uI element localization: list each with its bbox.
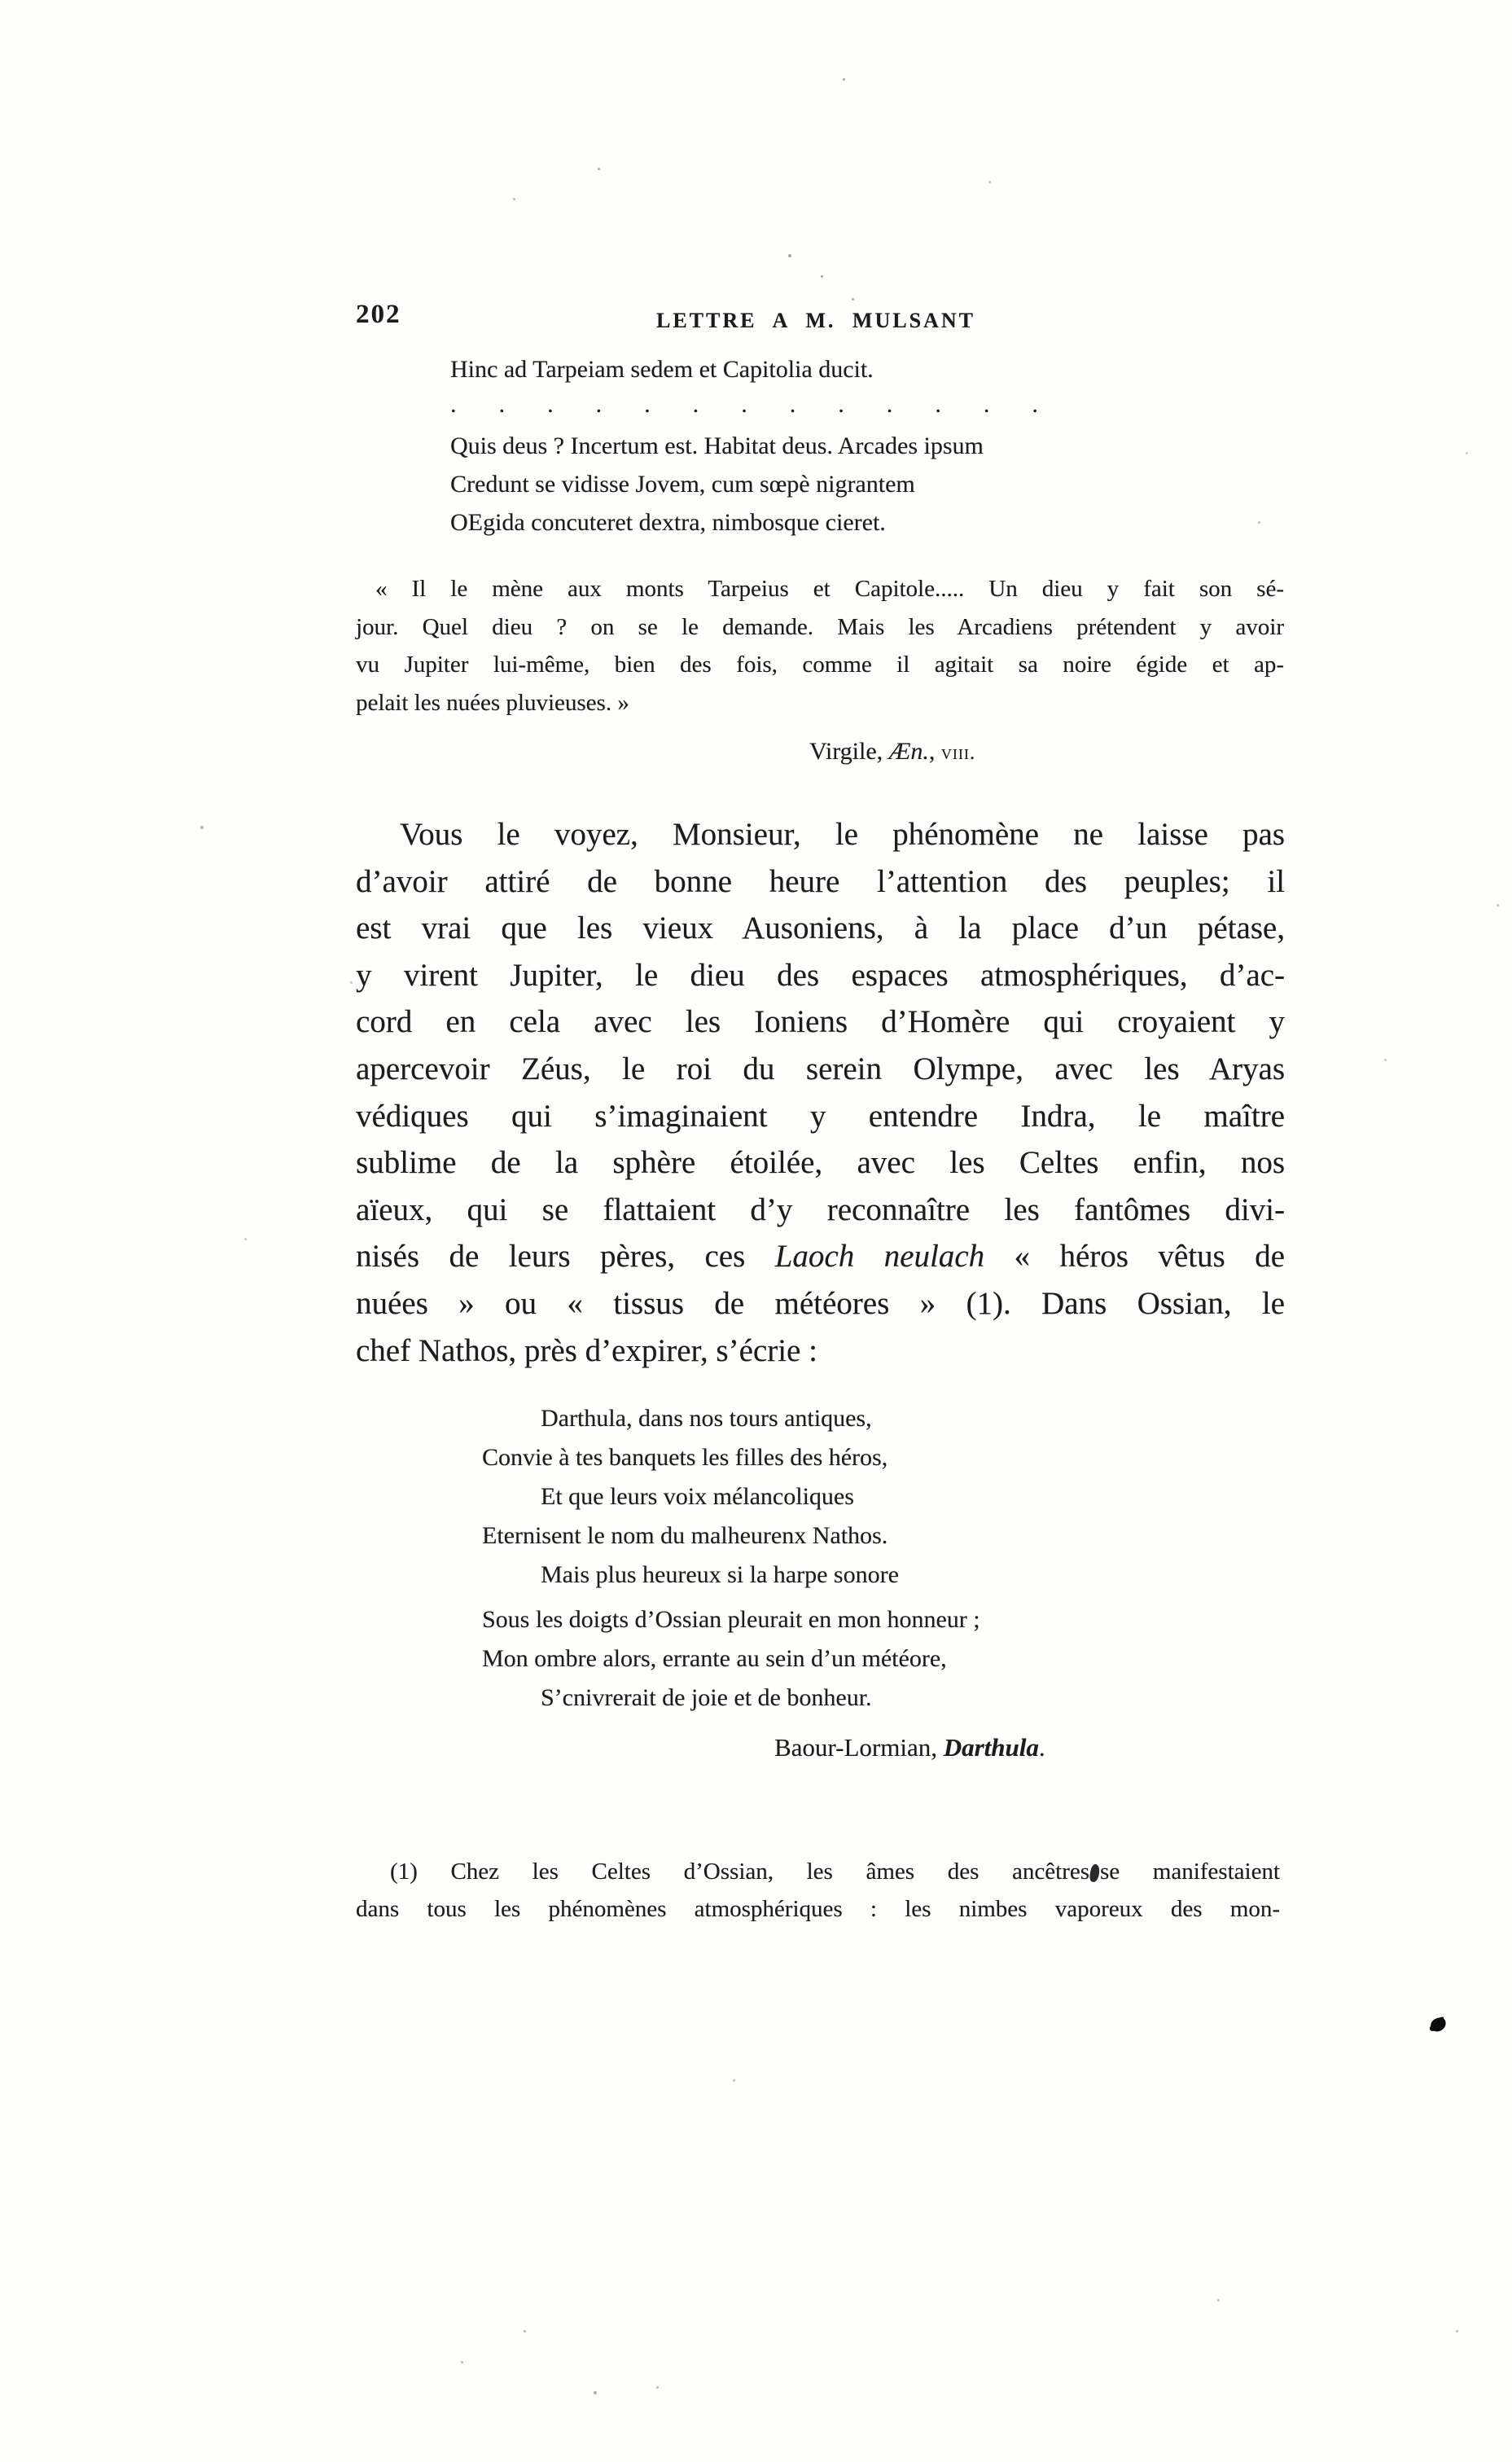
scan-speck-artifact bbox=[843, 78, 845, 81]
ellipsis-dot: . bbox=[741, 385, 747, 423]
text-line: jour. Quel dieu ? on se le demande. Mais… bbox=[356, 608, 1284, 647]
scanned-book-page: 202 LETTRE A M. MULSANT Hinc ad Tarpeiam… bbox=[0, 0, 1512, 2462]
text-segment: se manifestaient bbox=[1100, 1859, 1280, 1885]
attribution-period: . bbox=[1039, 1733, 1045, 1762]
scan-speck-artifact bbox=[1384, 1059, 1387, 1061]
ellipsis-dot: . bbox=[1032, 385, 1038, 423]
ellipsis-dot: . bbox=[838, 385, 844, 423]
scan-speck-artifact bbox=[1497, 904, 1499, 906]
scan-speck-artifact bbox=[1217, 2299, 1220, 2302]
text-line: Hinc ad Tarpeiam sedem et Capitolia duci… bbox=[450, 350, 1038, 388]
text-line: védiques qui s’imaginaient y entendre In… bbox=[356, 1093, 1285, 1140]
text-line: Eternisent le nom du malheurenx Nathos. bbox=[482, 1516, 980, 1556]
text-line: apercevoir Zéus, le roi du serein Olympe… bbox=[356, 1046, 1285, 1093]
scan-speck-artifact bbox=[788, 254, 791, 257]
text-line: cord en cela avec les Ioniens d’Homère q… bbox=[356, 998, 1285, 1046]
ellipsis-dot: . bbox=[790, 385, 796, 423]
text-line: dans tous les phénomènes atmosphériques … bbox=[356, 1891, 1280, 1929]
ellipsis-dot: . bbox=[935, 385, 941, 423]
text-line: chef Nathos, près d’expirer, s’écrie : bbox=[356, 1328, 1285, 1375]
scan-speck-artifact bbox=[513, 198, 515, 200]
text-line: OEgida concuteret dextra, nimbosque cier… bbox=[450, 503, 1038, 542]
scan-speck-artifact bbox=[1456, 2330, 1458, 2333]
text-line: Convie à tes banquets les filles des hér… bbox=[482, 1438, 980, 1477]
text-line: « Il le mène aux monts Tarpeius et Capit… bbox=[356, 570, 1284, 608]
ellipsis-dot: . bbox=[596, 385, 603, 423]
scan-speck-artifact bbox=[594, 2391, 597, 2394]
text-segment: « héros vêtus de bbox=[984, 1239, 1285, 1274]
footnote: (1) Chez les Celtes d’Ossian, les âmes d… bbox=[356, 1854, 1280, 1928]
scan-speck-artifact bbox=[988, 181, 991, 183]
poem-attribution: Baour-Lormian, Darthula. bbox=[774, 1733, 1045, 1762]
text-line: est vrai que les vieux Ausoniens, à la p… bbox=[356, 905, 1285, 952]
text-line: aïeux, qui se flattaient d’y reconnaître… bbox=[356, 1187, 1285, 1234]
poem-block: Darthula, dans nos tours antiques,Convie… bbox=[482, 1399, 980, 1718]
ellipsis-dot: . bbox=[644, 385, 651, 423]
page-number: 202 bbox=[356, 300, 401, 330]
text-line: nuées » ou « tissus de météores » (1). D… bbox=[356, 1280, 1285, 1328]
scan-speck-artifact bbox=[244, 1238, 247, 1240]
virgil-attribution: Virgile, Æn., viii. bbox=[809, 738, 975, 766]
attribution-reference: viii. bbox=[941, 739, 976, 764]
text-line: sublime de la sphère étoilée, avec les C… bbox=[356, 1139, 1285, 1187]
text-line: Quis deus ? Incertum est. Habitat deus. … bbox=[450, 427, 1038, 465]
scan-speck-artifact bbox=[852, 298, 854, 301]
scan-speck-artifact bbox=[524, 2330, 526, 2333]
attribution-separator: , bbox=[929, 738, 941, 765]
quote-paragraph: « Il le mène aux monts Tarpeius et Capit… bbox=[356, 570, 1284, 722]
text-line: Mon ombre alors, errante au sein d’un mé… bbox=[482, 1639, 980, 1679]
scan-speck-artifact bbox=[1466, 452, 1468, 454]
ellipsis-dot: . bbox=[547, 385, 554, 423]
ellipsis-dot: . bbox=[984, 385, 990, 423]
text-line: nisés de leurs pères, ces Laoch neulach … bbox=[356, 1233, 1285, 1280]
text-line: Et que leurs voix mélancoliques bbox=[482, 1477, 980, 1516]
text-segment: nisés de leurs pères, ces bbox=[356, 1239, 775, 1274]
ellipsis-dot: . bbox=[499, 385, 506, 423]
scan-speck-artifact bbox=[598, 168, 600, 170]
text-line: d’avoir attiré de bonne heure l’attentio… bbox=[356, 858, 1285, 906]
scan-speck-artifact bbox=[350, 981, 353, 984]
running-title: LETTRE A M. MULSANT bbox=[656, 309, 975, 333]
ellipsis-dot: . bbox=[450, 385, 457, 423]
latin-verse-block: Hinc ad Tarpeiam sedem et Capitolia duci… bbox=[450, 350, 1038, 542]
attribution-author: Baour-Lormian, bbox=[774, 1733, 944, 1762]
ellipsis-dot: . bbox=[693, 385, 699, 423]
ink-smudge-artifact bbox=[1089, 1863, 1101, 1883]
text-segment: (1) Chez les Celtes d’Ossian, les âmes d… bbox=[390, 1859, 1089, 1885]
text-line: y virent Jupiter, le dieu des espaces at… bbox=[356, 952, 1285, 999]
text-line: Vous le voyez, Monsieur, le phénomène ne… bbox=[356, 811, 1285, 858]
text-line: vu Jupiter lui-même, bien des fois, comm… bbox=[356, 646, 1284, 684]
attribution-work: Æn. bbox=[889, 738, 929, 765]
text-line: Mais plus heureux si la harpe sonore bbox=[482, 1556, 980, 1595]
text-line: Darthula, dans nos tours antiques, bbox=[482, 1399, 980, 1438]
ellipsis-dot: . bbox=[887, 385, 893, 423]
attribution-work: Darthula bbox=[944, 1733, 1039, 1762]
ellipsis-dots-line: ............. bbox=[450, 388, 1038, 427]
body-paragraph: Vous le voyez, Monsieur, le phénomène ne… bbox=[356, 811, 1285, 1374]
ink-blot-artifact bbox=[1429, 2017, 1447, 2033]
scan-speck-artifact bbox=[733, 2079, 735, 2082]
scan-speck-artifact bbox=[821, 275, 823, 278]
text-line: pelait les nuées pluvieuses. » bbox=[356, 684, 1284, 722]
text-line: (1) Chez les Celtes d’Ossian, les âmes d… bbox=[356, 1854, 1280, 1891]
scan-speck-artifact bbox=[656, 2386, 659, 2389]
text-line: Sous les doigts d’Ossian pleurait en mon… bbox=[482, 1600, 980, 1639]
scan-speck-artifact bbox=[200, 826, 204, 829]
italic-text-segment: Laoch neulach bbox=[775, 1239, 984, 1274]
text-line: S’cnivrerait de joie et de bonheur. bbox=[482, 1679, 980, 1718]
scan-speck-artifact bbox=[1258, 521, 1260, 524]
text-line: Credunt se vidisse Jovem, cum sœpè nigra… bbox=[450, 465, 1038, 503]
attribution-author: Virgile, bbox=[809, 738, 889, 765]
scan-speck-artifact bbox=[461, 2361, 463, 2363]
